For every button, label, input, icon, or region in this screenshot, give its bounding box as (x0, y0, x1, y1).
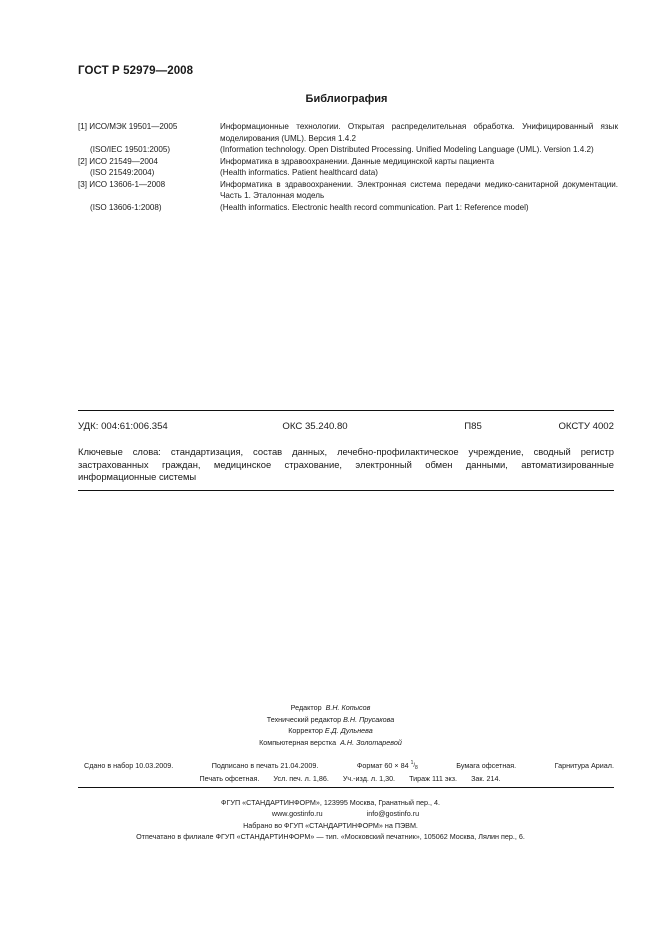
entry-description-ru: Информатика в здравоохранении. Электронн… (220, 179, 618, 202)
credit-layout: Компьютерная верстка А.Н. Золотаревой (0, 737, 661, 749)
print-sheets: Усл. печ. л. 1,86. (273, 773, 328, 786)
signed-date: Подписано в печать 21.04.2009. (212, 760, 319, 773)
circulation: Тираж 111 экз. (409, 773, 457, 786)
imprint: Сдано в набор 10.03.2009. Подписано в пе… (78, 760, 614, 785)
entry-reference: [3] ИСО 13606-1—2008 (78, 179, 220, 202)
keywords: Ключевые слова: стандартизация, состав д… (78, 446, 614, 484)
oks-code: ОКС 35.240.80 (282, 421, 347, 432)
entry-description-en: (Health informatics. Electronic health r… (220, 202, 618, 214)
credit-editor: Редактор В.Н. Копысов (0, 702, 661, 714)
udk-code: УДК: 004:61:006.354 (78, 421, 168, 432)
document-id: ГОСТ Р 52979—2008 (78, 65, 193, 77)
printed-note: Отпечатано в филиале ФГУП «СТАНДАРТИНФОР… (0, 831, 661, 842)
order-number: Зак. 214. (471, 773, 500, 786)
publisher-email[interactable]: info@gostinfo.ru (367, 808, 419, 819)
bibliography-entry-2: [2] ИСО 21549—2004 Информатика в здравоо… (78, 156, 618, 179)
entry-reference: [2] ИСО 21549—2004 (78, 156, 220, 168)
bibliography-title: Библиография (0, 93, 661, 105)
printing-method: Печать офсетная. (199, 773, 259, 786)
publication-sheets: Уч.-изд. л. 1,30. (343, 773, 395, 786)
keywords-bottom-rule (78, 490, 614, 491)
bibliography-list: [1] ИСО/МЭК 19501—2005 Информационные те… (78, 121, 618, 213)
submitted-date: Сдано в набор 10.03.2009. (84, 760, 173, 773)
entry-description-ru: Информационные технологии. Открытая расп… (220, 121, 618, 144)
classification-top-rule (78, 410, 614, 411)
bibliography-entry-1: [1] ИСО/МЭК 19501—2005 Информационные те… (78, 121, 618, 156)
paper-type: Бумага офсетная. (456, 760, 516, 773)
typeset-note: Набрано во ФГУП «СТАНДАРТИНФОРМ» на ПЭВМ… (0, 820, 661, 831)
imprint-bottom-rule (78, 787, 614, 788)
publisher-info: ФГУП «СТАНДАРТИНФОРМ», 123995 Москва, Гр… (0, 797, 661, 842)
classification-codes: УДК: 004:61:006.354 ОКС 35.240.80 П85 ОК… (78, 421, 614, 432)
typeface: Гарнитура Ариал. (555, 760, 614, 773)
p-code: П85 (464, 421, 482, 432)
publisher-website[interactable]: www.gostinfo.ru (272, 808, 323, 819)
editorial-credits: Редактор В.Н. Копысов Технический редакт… (0, 702, 661, 748)
entry-description-ru: Информатика в здравоохранении. Данные ме… (220, 156, 618, 168)
publisher-address: ФГУП «СТАНДАРТИНФОРМ», 123995 Москва, Гр… (0, 797, 661, 808)
credit-proofreader: Корректор Е.Д. Дульнева (0, 725, 661, 737)
entry-reference-intl: (ISO 21549:2004) (78, 167, 220, 179)
credit-technical-editor: Технический редактор В.Н. Прусакова (0, 714, 661, 726)
entry-reference: [1] ИСО/МЭК 19501—2005 (78, 121, 220, 144)
format: Формат 60 × 84 1/8 (357, 760, 418, 773)
okstu-code: ОКСТУ 4002 (558, 421, 614, 432)
bibliography-entry-3: [3] ИСО 13606-1—2008 Информатика в здрав… (78, 179, 618, 214)
entry-reference-intl: (ISO/IEC 19501:2005) (78, 144, 220, 156)
entry-reference-intl: (ISO 13606-1:2008) (78, 202, 220, 214)
entry-description-en: (Information technology. Open Distribute… (220, 144, 618, 156)
entry-description-en: (Health informatics. Patient healthcard … (220, 167, 618, 179)
